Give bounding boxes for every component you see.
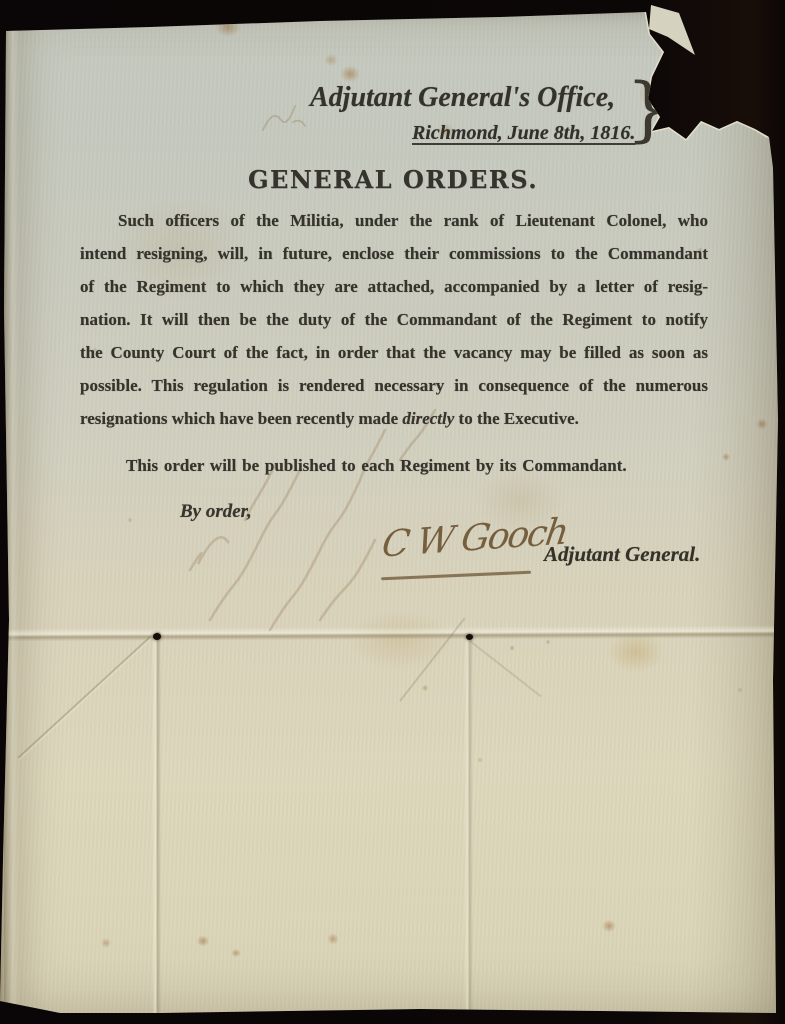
paragraph-line: Such officers of the Militia, under the … xyxy=(80,204,708,237)
dateline: Richmond, June 8th, 1816. xyxy=(412,122,635,145)
paragraph-line: intend resigning, will, in future, enclo… xyxy=(80,237,708,270)
signature-handwritten: C W Gooch xyxy=(379,511,569,565)
office-name: Adjutant General's Office, xyxy=(310,82,615,114)
by-order-label: By order, xyxy=(180,501,252,523)
paragraph-line: the County Court of the fact, in order t… xyxy=(80,336,708,369)
worm-hole xyxy=(153,633,161,640)
vertical-fold-crease-center xyxy=(464,640,473,1016)
signer-title: Adjutant General. xyxy=(544,542,700,567)
publication-order-line: This order will be published to each Reg… xyxy=(126,456,627,476)
document-title: GENERAL ORDERS. xyxy=(248,165,538,194)
paragraph-line: resignations which have been recently ma… xyxy=(80,402,708,435)
diagonal-crease xyxy=(17,636,151,759)
horizontal-fold-crease xyxy=(0,625,785,642)
scanned-document-page: Adjutant General's Office, Richmond, Jun… xyxy=(0,0,785,1024)
vertical-fold-crease-left xyxy=(152,632,161,1018)
brace-glyph: } xyxy=(626,74,671,144)
paragraph-text: resignations which have been recently ma… xyxy=(80,409,402,428)
worm-hole xyxy=(466,634,473,640)
paper-sheet: Adjutant General's Office, Richmond, Jun… xyxy=(0,0,785,1024)
paragraph-line: nation. It will then be the duty of the … xyxy=(80,303,708,336)
body-paragraph: Such officers of the Militia, under the … xyxy=(80,204,708,435)
paragraph-text: to the Executive. xyxy=(454,409,579,428)
margin-pencil-mark xyxy=(255,92,315,142)
diagonal-crease xyxy=(469,640,541,697)
left-edge-fold xyxy=(4,30,20,1014)
paragraph-line: possible. This regulation is rendered ne… xyxy=(80,369,708,402)
signature-underline-flourish xyxy=(381,571,531,580)
paragraph-line: of the Regiment to which they are attach… xyxy=(80,270,708,303)
emphasized-word: directly xyxy=(402,409,454,428)
